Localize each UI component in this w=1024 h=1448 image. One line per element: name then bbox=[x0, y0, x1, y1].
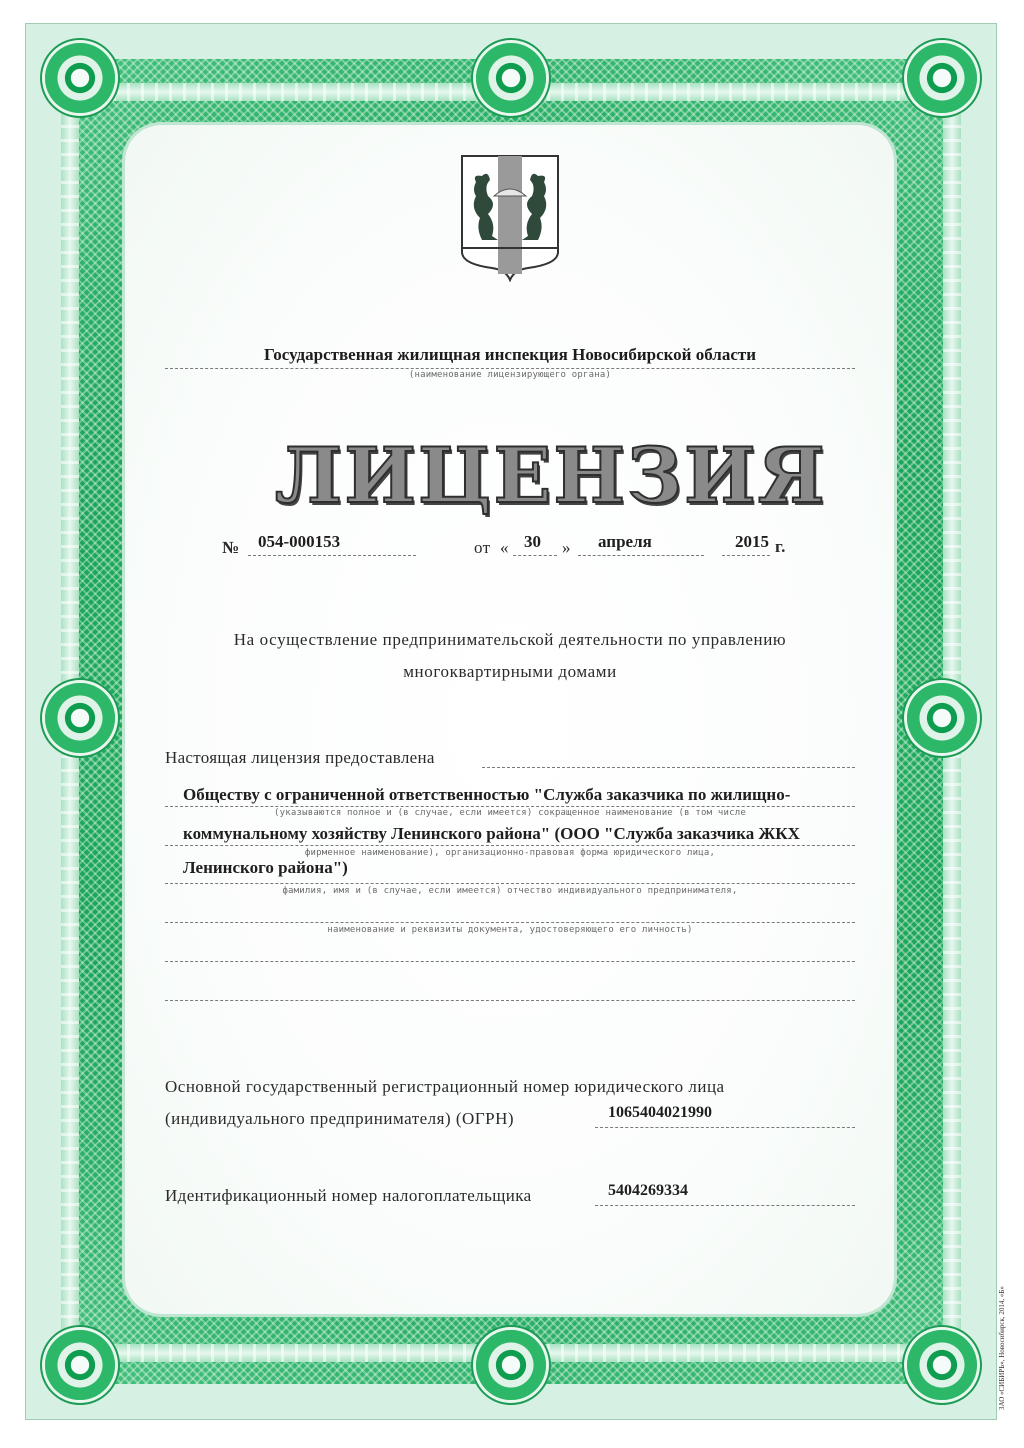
licensee-caption-4: наименование и реквизиты документа, удос… bbox=[165, 925, 855, 935]
licensee-rule-3 bbox=[165, 883, 855, 884]
granted-rule bbox=[482, 767, 855, 768]
corner-ornament-icon bbox=[907, 1330, 977, 1400]
bottom-ornament-icon bbox=[476, 1330, 546, 1400]
corner-ornament-icon bbox=[907, 43, 977, 113]
document-body-area bbox=[125, 125, 894, 1314]
printer-mark: ЗАО «СИБИРЬ», Новосибирск, 2014, «Б» bbox=[998, 1286, 1006, 1410]
authority-rule bbox=[165, 368, 855, 369]
date-month: апреля bbox=[598, 532, 652, 552]
activity-line-2: многоквартирными домами bbox=[165, 662, 855, 682]
year-suffix: г. bbox=[775, 537, 786, 557]
quote-open: « bbox=[500, 538, 509, 558]
blank-rule-2 bbox=[165, 961, 855, 962]
licensee-caption-1: (указываются полное и (в случае, если им… bbox=[165, 808, 855, 818]
date-day: 30 bbox=[524, 532, 541, 552]
blank-rule-3 bbox=[165, 1000, 855, 1001]
licensee-rule-2 bbox=[165, 845, 855, 846]
number-rule bbox=[248, 555, 416, 556]
corner-ornament-icon bbox=[45, 43, 115, 113]
licensee-caption-3: фамилия, имя и (в случае, если имеется) … bbox=[165, 886, 855, 896]
licensee-line-2: коммунальному хозяйству Ленинского район… bbox=[183, 824, 800, 844]
ogrn-label-line-1: Основной государственный регистрационный… bbox=[165, 1077, 725, 1097]
ogrn-label-line-2: (индивидуального предпринимателя) (ОГРН) bbox=[165, 1109, 514, 1129]
number-label: № bbox=[222, 538, 239, 558]
granted-label: Настоящая лицензия предоставлена bbox=[165, 748, 435, 768]
license-number: 054-000153 bbox=[258, 532, 340, 552]
activity-line-1: На осуществление предпринимательской дея… bbox=[165, 630, 855, 650]
authority-caption: (наименование лицензирующего органа) bbox=[165, 370, 855, 380]
licensing-authority: Государственная жилищная инспекция Новос… bbox=[165, 345, 855, 365]
document-title: ЛИЦЕНЗИЯ bbox=[275, 436, 745, 516]
ogrn-rule bbox=[595, 1127, 855, 1128]
day-rule bbox=[513, 555, 557, 556]
side-ornament-icon bbox=[907, 683, 977, 753]
side-ornament-icon bbox=[45, 683, 115, 753]
licensee-line-3: Ленинского района") bbox=[183, 858, 348, 878]
year-rule bbox=[722, 555, 770, 556]
licensee-caption-2: фирменное наименование), организационно-… bbox=[165, 848, 855, 858]
inn-value: 5404269334 bbox=[608, 1182, 688, 1200]
inn-rule bbox=[595, 1205, 855, 1206]
month-rule bbox=[578, 555, 704, 556]
date-prefix: от bbox=[474, 538, 490, 558]
blank-rule-1 bbox=[165, 922, 855, 923]
licensee-rule-1 bbox=[165, 806, 855, 807]
top-ornament-icon bbox=[476, 43, 546, 113]
corner-ornament-icon bbox=[45, 1330, 115, 1400]
date-year: 2015 bbox=[735, 532, 769, 552]
ogrn-value: 1065404021990 bbox=[608, 1104, 712, 1122]
coat-of-arms-icon bbox=[458, 152, 562, 282]
inn-label: Идентификационный номер налогоплательщик… bbox=[165, 1186, 532, 1206]
quote-close: » bbox=[562, 538, 571, 558]
licensee-line-1: Обществу с ограниченной ответственностью… bbox=[183, 785, 790, 805]
